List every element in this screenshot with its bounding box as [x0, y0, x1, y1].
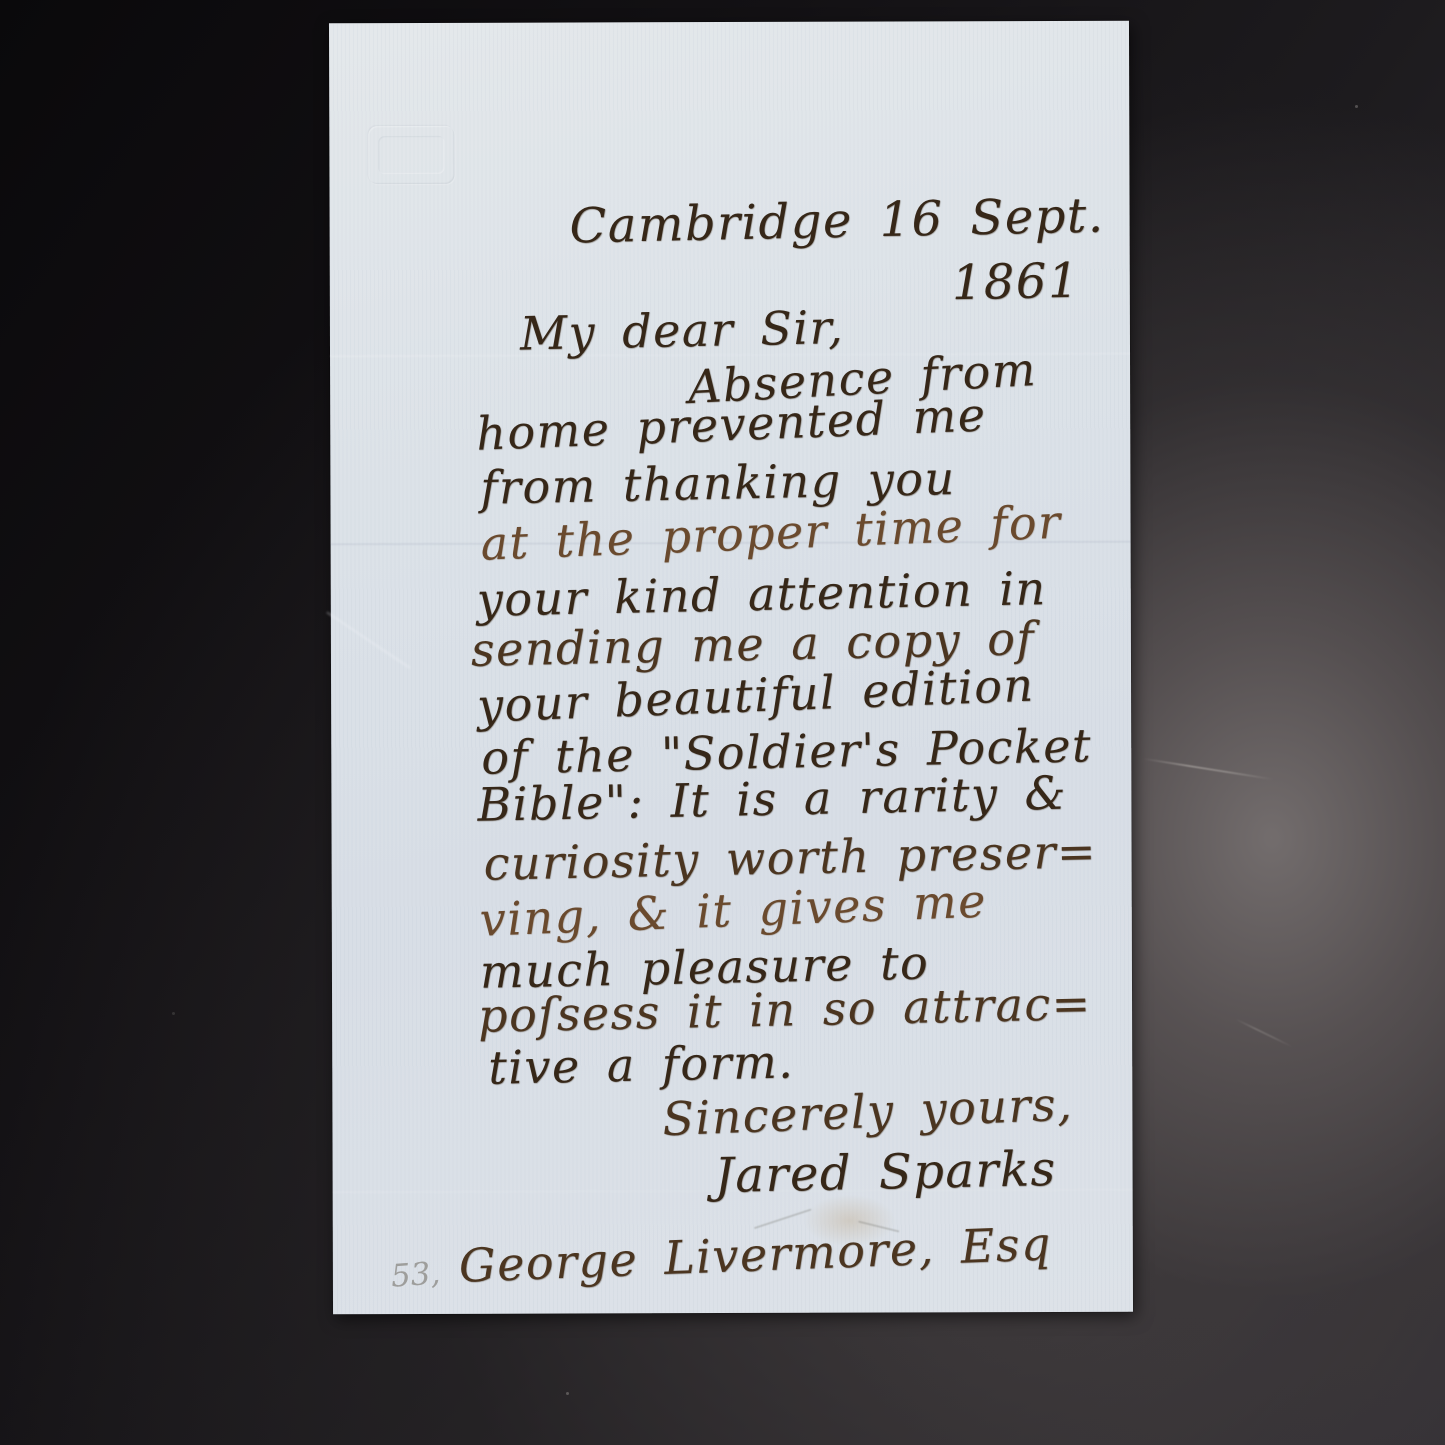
signature: Jared Sparks	[714, 1143, 1057, 1203]
paper-crease	[326, 611, 410, 668]
body-line: home prevented me	[475, 389, 987, 459]
dateline: Cambridge 16 Sept.	[569, 189, 1105, 253]
body-line: Bible": It is a rarity &	[477, 768, 1068, 831]
embossed-stamp-inner	[378, 136, 444, 174]
date-year: 1861	[951, 255, 1080, 310]
embossed-stamp	[368, 126, 454, 184]
dust-speck	[1355, 105, 1358, 108]
letter-paper: Cambridge 16 Sept. 1861 My dear Sir, Abs…	[329, 21, 1133, 1315]
body-line: poſsess it in so attrac=	[478, 978, 1093, 1041]
scratch-mark	[1143, 758, 1274, 781]
body-line: curiosity worth preser=	[483, 826, 1097, 889]
dust-speck	[172, 1012, 175, 1015]
photographed-letter-scene: Cambridge 16 Sept. 1861 My dear Sir, Abs…	[0, 0, 1445, 1445]
scratch-mark	[1235, 1018, 1293, 1048]
recipient-line: George Livermore, Esq	[458, 1218, 1053, 1291]
salutation: My dear Sir,	[519, 302, 844, 359]
pencil-annotation: 53,	[390, 1255, 442, 1294]
body-line: tive a form.	[488, 1036, 795, 1093]
dust-speck	[566, 1392, 569, 1395]
